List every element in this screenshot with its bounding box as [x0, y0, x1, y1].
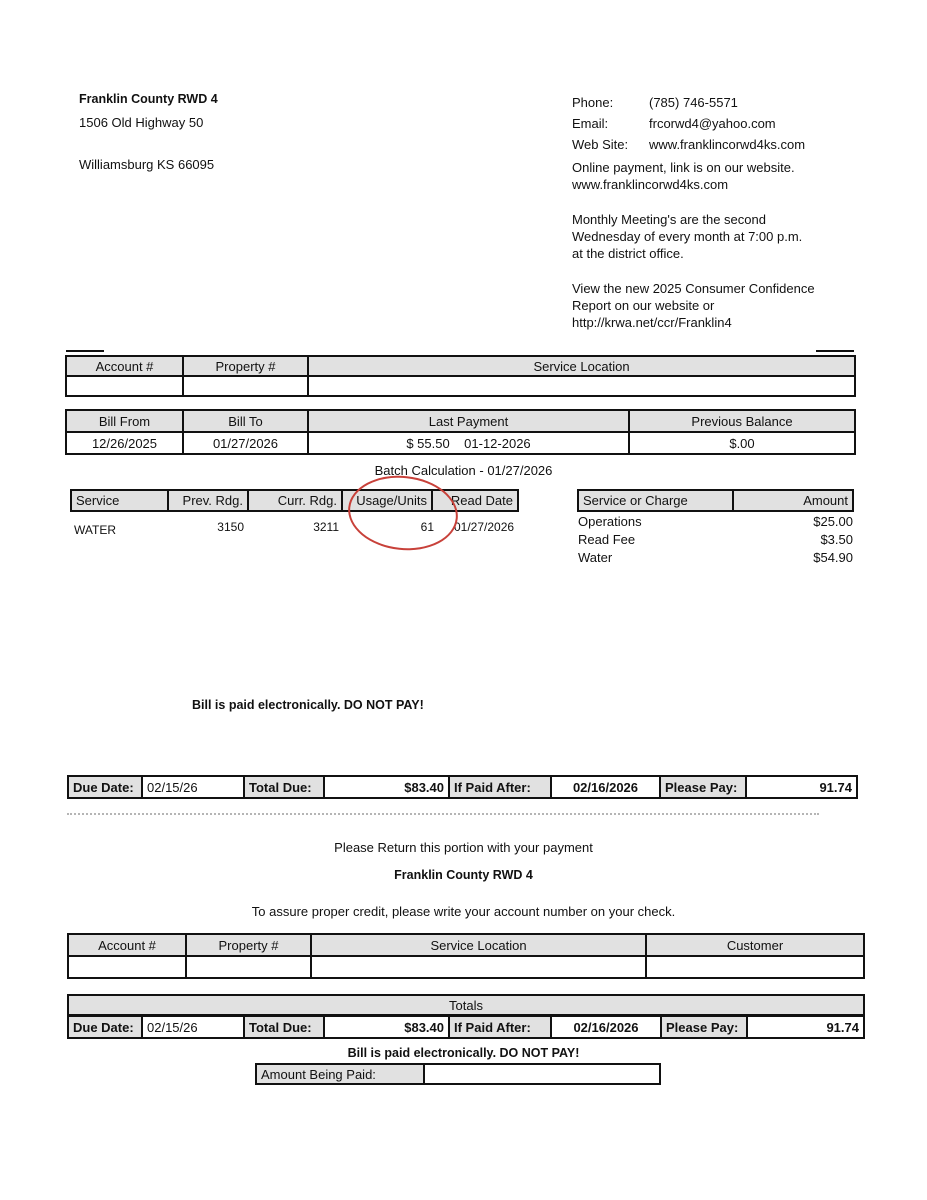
- contact-email: Email:frcorwd4@yahoo.com: [572, 116, 776, 131]
- meeting-line3: at the district office.: [572, 245, 802, 262]
- organization-name: Franklin County RWD 4: [79, 92, 218, 106]
- service-or-charge-header: Service or Charge: [578, 490, 733, 511]
- reading-service: WATER: [74, 523, 116, 537]
- remittance-org-name: Franklin County RWD 4: [0, 868, 927, 882]
- charge-amount: $54.90: [813, 550, 853, 565]
- remit-paid-electronically-notice: Bill is paid electronically. DO NOT PAY!: [0, 1046, 927, 1060]
- charge-name: Operations: [578, 514, 642, 529]
- ccr-line2: Report on our website or: [572, 297, 815, 314]
- online-payment-link[interactable]: www.franklincorwd4ks.com: [572, 176, 795, 193]
- contact-phone: Phone:(785) 746-5571: [572, 95, 738, 110]
- totals-label: Totals: [68, 995, 864, 1015]
- charge-row: Water $54.90: [578, 550, 853, 565]
- service-header: Service: [71, 490, 168, 511]
- meeting-line2: Wednesday of every month at 7:00 p.m.: [572, 228, 802, 245]
- amount-header: Amount: [733, 490, 853, 511]
- remit-if-paid-after-label: If Paid After:: [449, 1016, 551, 1038]
- remit-account-number-header: Account #: [68, 934, 186, 956]
- previous-balance-value: $.00: [629, 432, 855, 454]
- email-label: Email:: [572, 116, 649, 131]
- total-due-value: $83.40: [324, 776, 449, 798]
- total-due-label: Total Due:: [244, 776, 324, 798]
- ccr-line1: View the new 2025 Consumer Confidence: [572, 280, 815, 297]
- credit-instruction: To assure proper credit, please write yo…: [0, 904, 927, 919]
- reading-curr: 3211: [260, 520, 339, 534]
- remit-please-pay-value: 91.74: [747, 1016, 864, 1038]
- ccr-note: View the new 2025 Consumer Confidence Re…: [572, 280, 815, 331]
- amount-being-paid-field[interactable]: [424, 1064, 660, 1084]
- charge-row: Operations $25.00: [578, 514, 853, 529]
- totals-header-table: Totals: [67, 994, 865, 1016]
- reading-prev: 3150: [170, 520, 244, 534]
- property-number-header: Property #: [183, 356, 308, 376]
- usage-annotation-circle: [344, 470, 461, 555]
- bill-from-header: Bill From: [66, 410, 183, 432]
- remittance-due-table: Due Date: 02/15/26 Total Due: $83.40 If …: [67, 1015, 865, 1039]
- billing-period-table: Bill From Bill To Last Payment Previous …: [65, 409, 856, 455]
- charges-table-header: Service or Charge Amount: [577, 489, 854, 512]
- remittance-account-table: Account # Property # Service Location Cu…: [67, 933, 865, 979]
- ccr-link[interactable]: http://krwa.net/ccr/Franklin4: [572, 314, 815, 331]
- amount-being-paid-label: Amount Being Paid:: [256, 1064, 424, 1084]
- batch-calculation-title: Batch Calculation - 01/27/2026: [0, 463, 927, 478]
- remit-due-date-label: Due Date:: [68, 1016, 142, 1038]
- amount-being-paid-table: Amount Being Paid:: [255, 1063, 661, 1085]
- remit-customer-value: [646, 956, 864, 978]
- organization-address-line1: 1506 Old Highway 50: [79, 115, 203, 130]
- property-number-value: [183, 376, 308, 396]
- please-pay-value: 91.74: [746, 776, 857, 798]
- remit-total-due-label: Total Due:: [244, 1016, 324, 1038]
- bill-to-header: Bill To: [183, 410, 308, 432]
- account-number-value: [66, 376, 183, 396]
- service-location-value: [308, 376, 855, 396]
- remit-total-due-value: $83.40: [324, 1016, 449, 1038]
- remit-customer-header: Customer: [646, 934, 864, 956]
- bill-from-value: 12/26/2025: [66, 432, 183, 454]
- online-payment-line1: Online payment, link is on our website.: [572, 159, 795, 176]
- last-payment-header: Last Payment: [308, 410, 629, 432]
- last-payment-date: 01-12-2026: [464, 436, 531, 451]
- divider-left: [66, 350, 104, 352]
- remit-due-date-value: 02/15/26: [142, 1016, 244, 1038]
- remit-property-number-header: Property #: [186, 934, 311, 956]
- previous-balance-header: Previous Balance: [629, 410, 855, 432]
- prev-reading-header: Prev. Rdg.: [168, 490, 248, 511]
- due-date-label: Due Date:: [68, 776, 142, 798]
- website-label: Web Site:: [572, 137, 649, 152]
- charge-amount: $3.50: [820, 532, 853, 547]
- website-value[interactable]: www.franklincorwd4ks.com: [649, 137, 805, 152]
- charge-name: Water: [578, 550, 612, 565]
- divider-right: [816, 350, 854, 352]
- due-summary-table: Due Date: 02/15/26 Total Due: $83.40 If …: [67, 775, 858, 799]
- curr-reading-header: Curr. Rdg.: [248, 490, 342, 511]
- organization-address-line2: Williamsburg KS 66095: [79, 157, 214, 172]
- meeting-note: Monthly Meeting's are the second Wednesd…: [572, 211, 802, 262]
- account-info-table: Account # Property # Service Location: [65, 355, 856, 397]
- bill-to-value: 01/27/2026: [183, 432, 308, 454]
- online-payment-note: Online payment, link is on our website. …: [572, 159, 795, 193]
- account-number-header: Account #: [66, 356, 183, 376]
- email-value[interactable]: frcorwd4@yahoo.com: [649, 116, 776, 131]
- if-paid-after-value: 02/16/2026: [551, 776, 660, 798]
- remit-account-number-value: [68, 956, 186, 978]
- service-location-header: Service Location: [308, 356, 855, 376]
- please-pay-label: Please Pay:: [660, 776, 746, 798]
- remit-if-paid-after-value: 02/16/2026: [551, 1016, 661, 1038]
- remit-property-number-value: [186, 956, 311, 978]
- remit-service-location-value: [311, 956, 646, 978]
- reading-date: 01/27/2026: [454, 520, 514, 534]
- contact-website: Web Site:www.franklincorwd4ks.com: [572, 137, 805, 152]
- meeting-line1: Monthly Meeting's are the second: [572, 211, 802, 228]
- paid-electronically-notice: Bill is paid electronically. DO NOT PAY!: [192, 698, 424, 712]
- charge-row: Read Fee $3.50: [578, 532, 853, 547]
- tear-off-line: [67, 813, 819, 815]
- if-paid-after-label: If Paid After:: [449, 776, 551, 798]
- return-instruction: Please Return this portion with your pay…: [0, 840, 927, 855]
- last-payment-value: $ 55.50 01-12-2026: [308, 432, 629, 454]
- phone-label: Phone:: [572, 95, 649, 110]
- last-payment-amount: $ 55.50: [406, 436, 449, 451]
- remit-please-pay-label: Please Pay:: [661, 1016, 747, 1038]
- charge-name: Read Fee: [578, 532, 635, 547]
- due-date-value: 02/15/26: [142, 776, 244, 798]
- remit-service-location-header: Service Location: [311, 934, 646, 956]
- phone-value: (785) 746-5571: [649, 95, 738, 110]
- charge-amount: $25.00: [813, 514, 853, 529]
